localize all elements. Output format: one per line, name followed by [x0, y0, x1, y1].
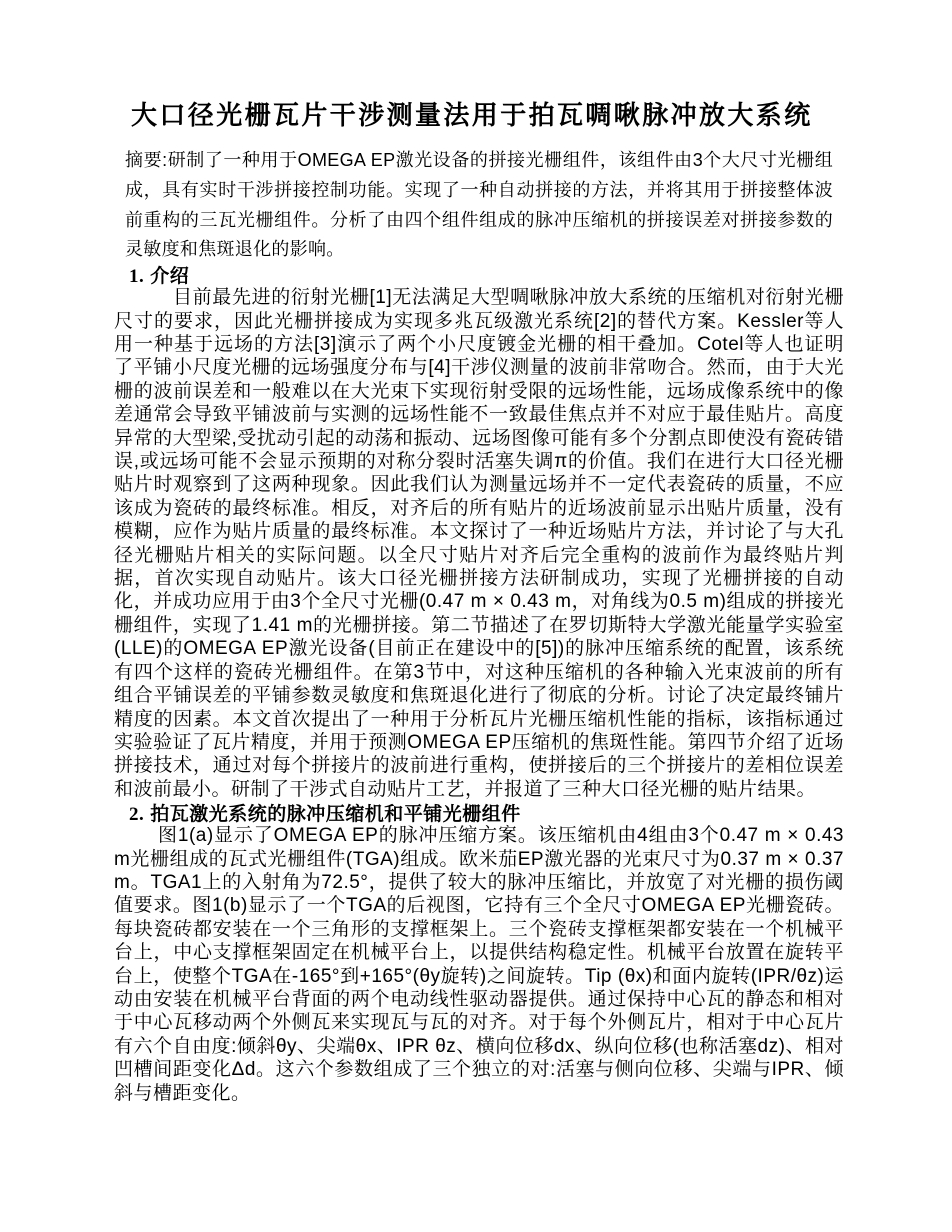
section-1-heading: 1.介绍 [129, 267, 952, 286]
section-2-title: 拍瓦激光系统的脉冲压缩机和平铺光栅组件 [150, 804, 521, 825]
document-page: 大口径光栅瓦片干涉测量法用于拍瓦啁啾脉冲放大系统 摘要:研制了一种用于OMEGA… [0, 0, 952, 1232]
paper-title: 大口径光栅瓦片干涉测量法用于拍瓦啁啾脉冲放大系统 [131, 99, 831, 131]
section-1-title: 介绍 [150, 266, 189, 287]
section-2-heading: 2.拍瓦激光系统的脉冲压缩机和平铺光栅组件 [129, 805, 952, 824]
section-1-paragraph: 目前最先进的衍射光栅[1]无法满足大型啁啾脉冲放大系统的压缩机对衍射光栅尺寸的要… [114, 286, 844, 801]
section-1-number: 1. [129, 266, 144, 287]
section-2-paragraph: 图1(a)显示了OMEGA EP的脉冲压缩方案。该压缩机由4组由3个0.47 m… [114, 824, 844, 1105]
abstract-paragraph: 摘要:研制了一种用于OMEGA EP激光设备的拼接光栅组件，该组件由3个大尺寸光… [125, 146, 833, 265]
section-2-number: 2. [129, 804, 144, 825]
